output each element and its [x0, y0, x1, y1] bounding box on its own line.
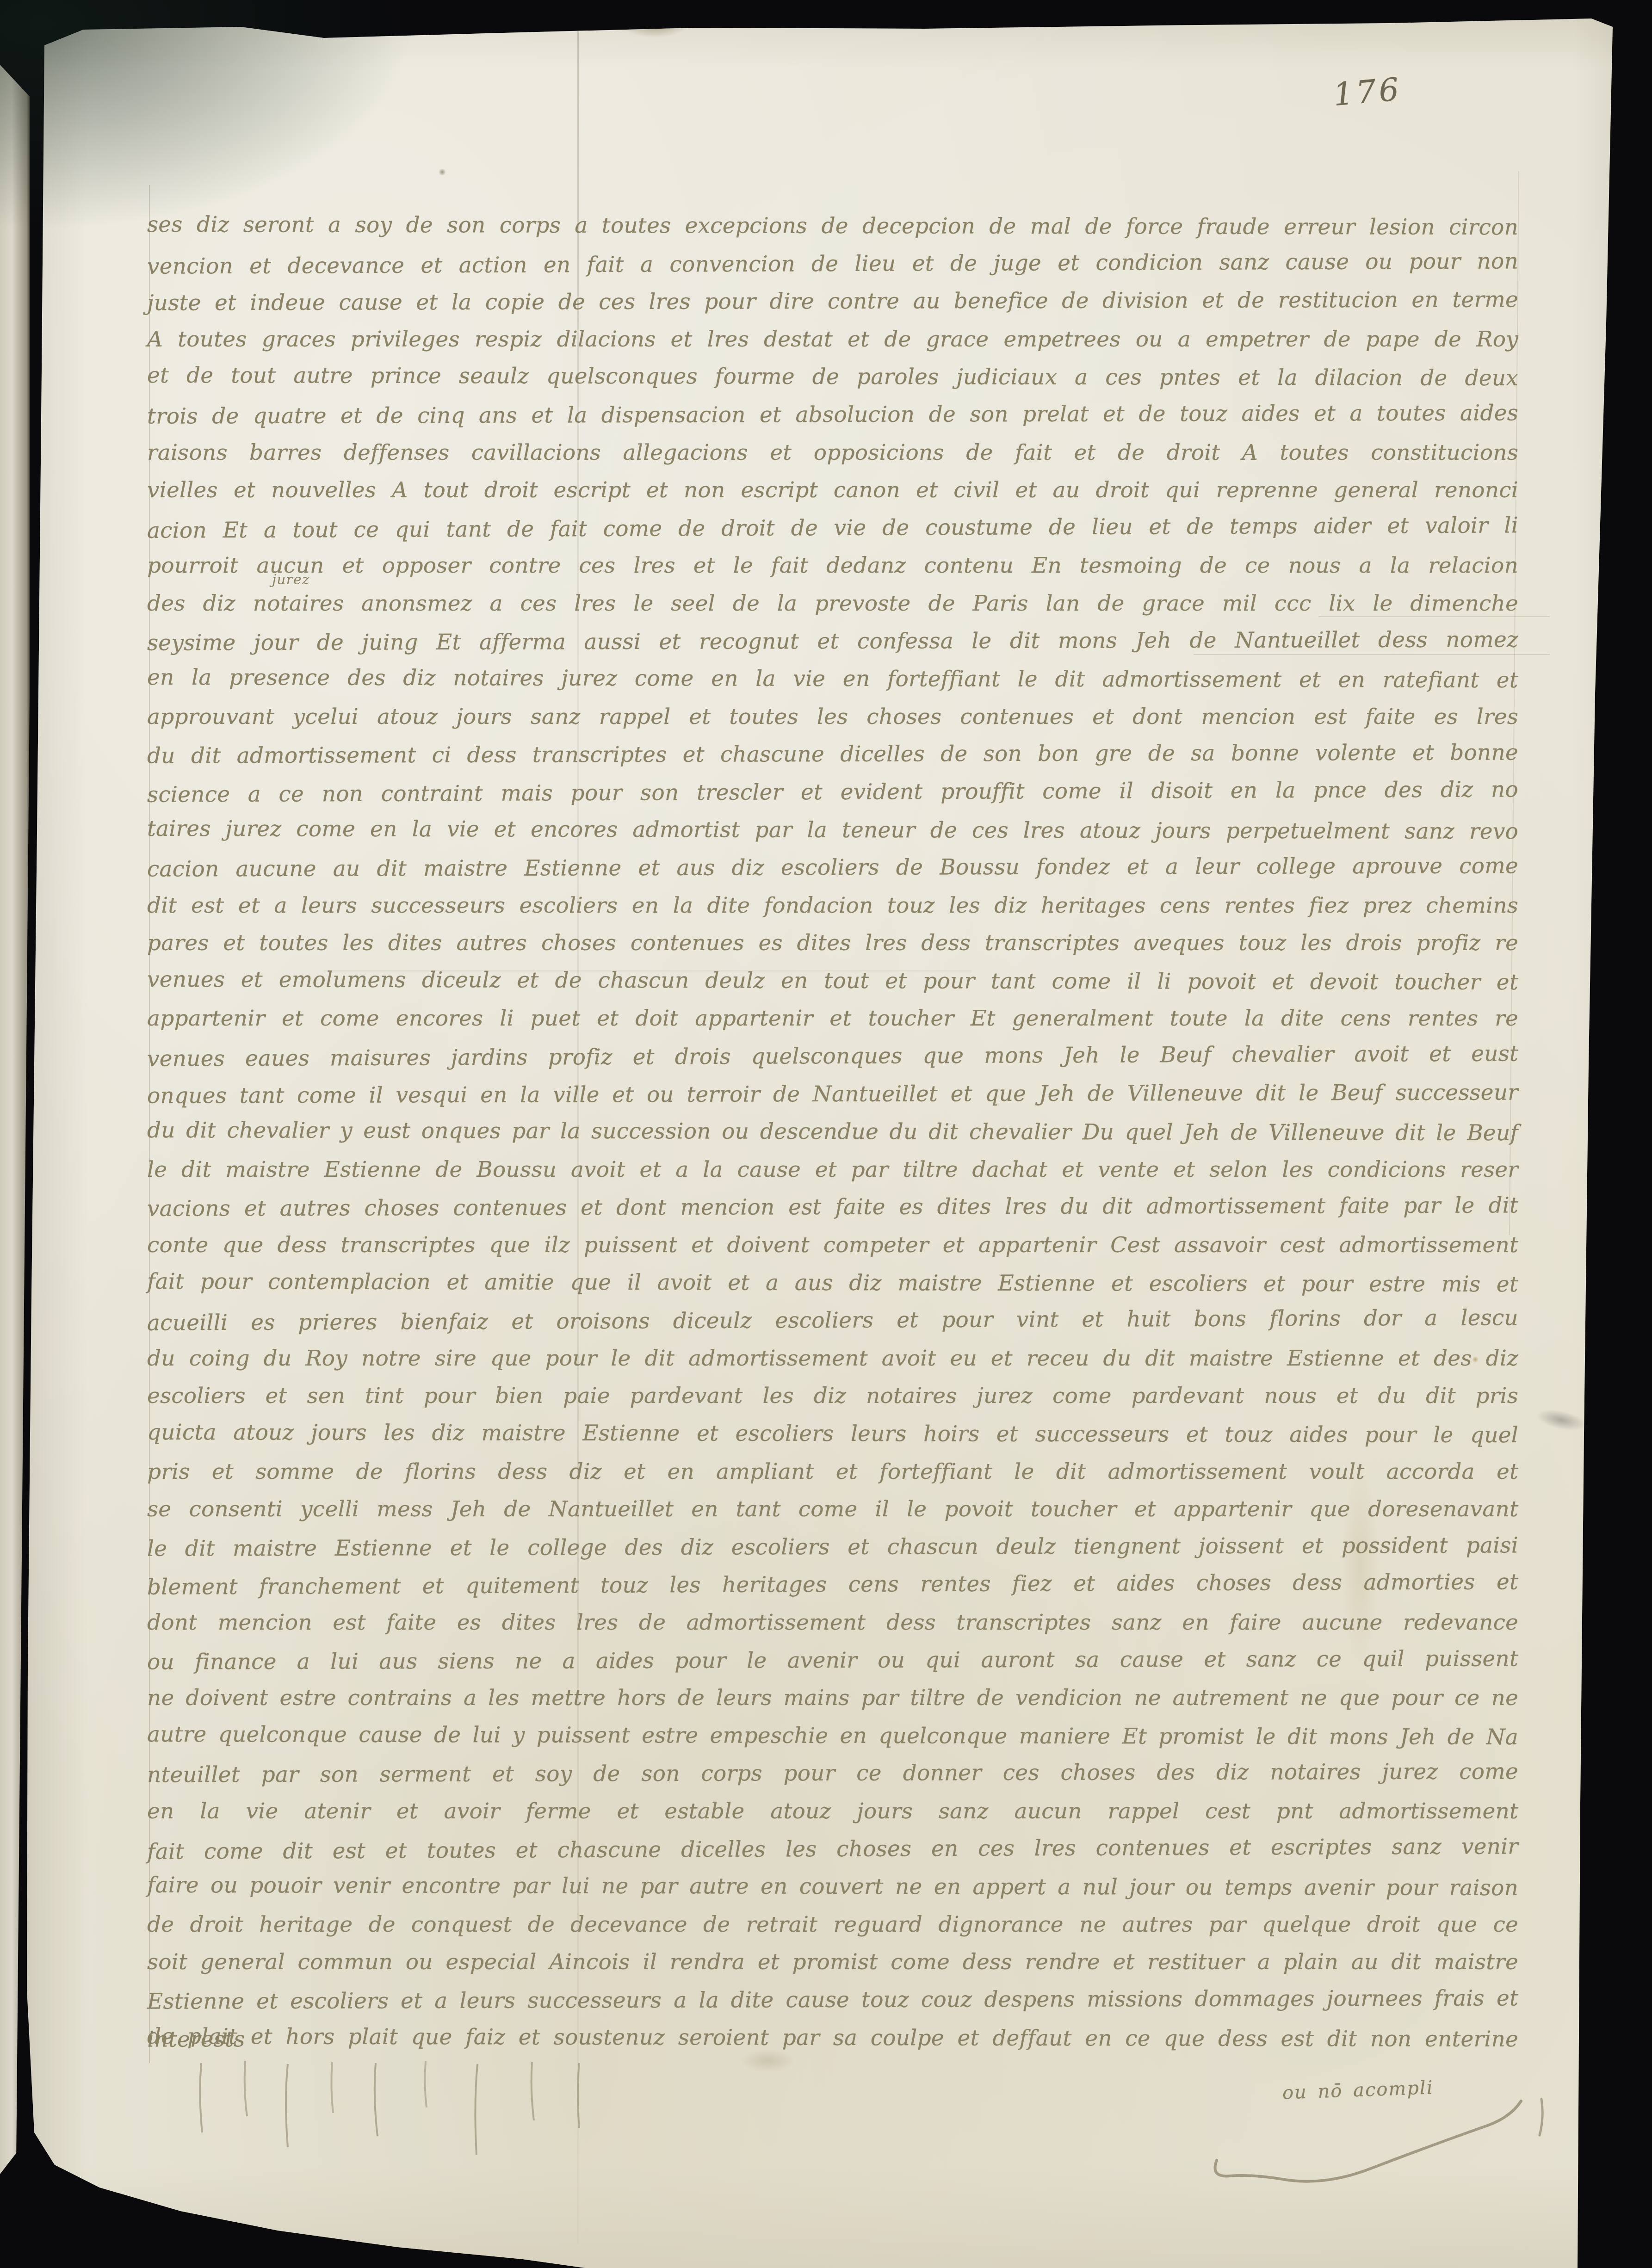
text-line: venues et emolumens diceulz et de chascu…	[147, 961, 1518, 1001]
text-line: venues eaues maisures jardins profiz et …	[147, 1035, 1518, 1078]
text-line: fait pour contemplacion et amitie que il…	[147, 1263, 1518, 1304]
text-line: onques tant come il vesqui en la ville e…	[147, 1074, 1518, 1115]
text-line: et de tout autre prince seaulz quelsconq…	[147, 357, 1518, 397]
text-line: trois de quatre et de cinq ans et la dis…	[147, 394, 1518, 435]
text-line: faire ou pouoir venir encontre par lui n…	[147, 1866, 1518, 1907]
ink-speck	[439, 168, 446, 176]
previous-folio-edge	[0, 65, 30, 2174]
text-line: pares et toutes les dites autres choses …	[147, 924, 1518, 962]
text-line: dit est et a leurs successeurs escoliers…	[147, 887, 1518, 925]
text-line: acion Et a tout ce qui tant de fait come…	[147, 507, 1518, 550]
text-line: A toutes graces privileges respiz dilaci…	[147, 321, 1518, 358]
text-line: des diz notaires anonsmez a ces lres le …	[147, 585, 1518, 623]
text-line: dont mencion est faite es dites lres de …	[147, 1604, 1518, 1642]
edge-smudge	[1534, 1406, 1588, 1434]
text-line: acueilli es prieres bienfaiz et oroisons…	[147, 1299, 1518, 1342]
text-line: du dit admortissement ci dess transcript…	[147, 734, 1518, 775]
text-line: en la presence des diz notaires jurez co…	[147, 659, 1518, 699]
text-line: nteuillet par son serment et soy de son …	[147, 1753, 1518, 1794]
text-line: cacion aucune au dit maistre Estienne et…	[147, 847, 1518, 888]
text-line: science a ce non contraint mais pour son…	[147, 771, 1518, 814]
text-line: soit general commun ou especial Aincois …	[147, 1943, 1518, 1981]
text-line: se consenti ycelli mess Jeh de Nantueill…	[147, 1490, 1518, 1528]
text-line: pourroit aucun et opposer contre ces lre…	[147, 547, 1518, 585]
interlinear-addition: jurez	[272, 572, 310, 588]
paraph-flourish	[1198, 2091, 1568, 2193]
text-line: vacions et autres choses contenues et do…	[147, 1187, 1518, 1228]
text-line: le dit maistre Estienne et le college de…	[147, 1526, 1518, 1568]
text-line: blement franchement et quitement touz le…	[147, 1563, 1518, 1607]
text-line: vielles et nouvelles A tout droit escrip…	[147, 471, 1518, 509]
text-line: ou finance a lui aus siens ne a aides po…	[147, 1640, 1518, 1681]
top-edge-stain	[620, 8, 689, 38]
text-line: ses diz seront a soy de son corps a tout…	[147, 206, 1518, 247]
folio-number: 176	[1332, 71, 1403, 114]
descender-strokes	[176, 2054, 731, 2174]
text-line: taires jurez come en la vie et encores a…	[147, 810, 1518, 850]
text-line: pris et somme de florins dess diz et en …	[147, 1453, 1518, 1491]
text-line: appartenir et come encores li puet et do…	[147, 1000, 1518, 1038]
manuscript-text-block: ses diz seront a soy de son corps a tout…	[147, 207, 1518, 2057]
text-line: en la vie atenir et avoir ferme et estab…	[147, 1792, 1518, 1830]
text-line: juste et indeue cause et la copie de ces…	[147, 281, 1518, 322]
text-line: seysime jour de juing Et afferma aussi e…	[147, 621, 1518, 662]
text-line: de plait et hors plait que faiz et soust…	[147, 2017, 1518, 2058]
text-line: le dit maistre Estienne de Boussu avoit …	[147, 1151, 1518, 1189]
parchment-page: 176 ses diz seront a soy de son corps a …	[0, 0, 1652, 2268]
text-line: Estienne et escoliers et a leurs success…	[147, 1979, 1518, 2021]
text-line: de droit heritage de conquest de decevan…	[147, 1906, 1518, 1944]
text-line: escoliers et sen tint pour bien paie par…	[147, 1377, 1518, 1415]
photo-background: 176 ses diz seront a soy de son corps a …	[0, 0, 1652, 2268]
text-line: quicta atouz jours les diz maistre Estie…	[147, 1414, 1518, 1454]
text-line: du dit chevalier y eust onques par la su…	[147, 1112, 1518, 1152]
text-line: autre quelconque cause de lui y puissent…	[147, 1716, 1518, 1756]
text-line: conte que dess transcriptes que ilz puis…	[147, 1226, 1518, 1264]
text-line: vencion et decevance et action en fait a…	[147, 242, 1518, 285]
text-line: raisons barres deffenses cavillacions al…	[147, 434, 1518, 472]
text-line: ne doivent estre contrains a les mettre …	[147, 1679, 1518, 1717]
text-line: approuvant ycelui atouz jours sanz rappe…	[147, 698, 1518, 736]
text-line: du coing du Roy notre sire que pour le d…	[147, 1340, 1518, 1378]
text-line: fait come dit est et toutes et chascune …	[147, 1828, 1518, 1871]
